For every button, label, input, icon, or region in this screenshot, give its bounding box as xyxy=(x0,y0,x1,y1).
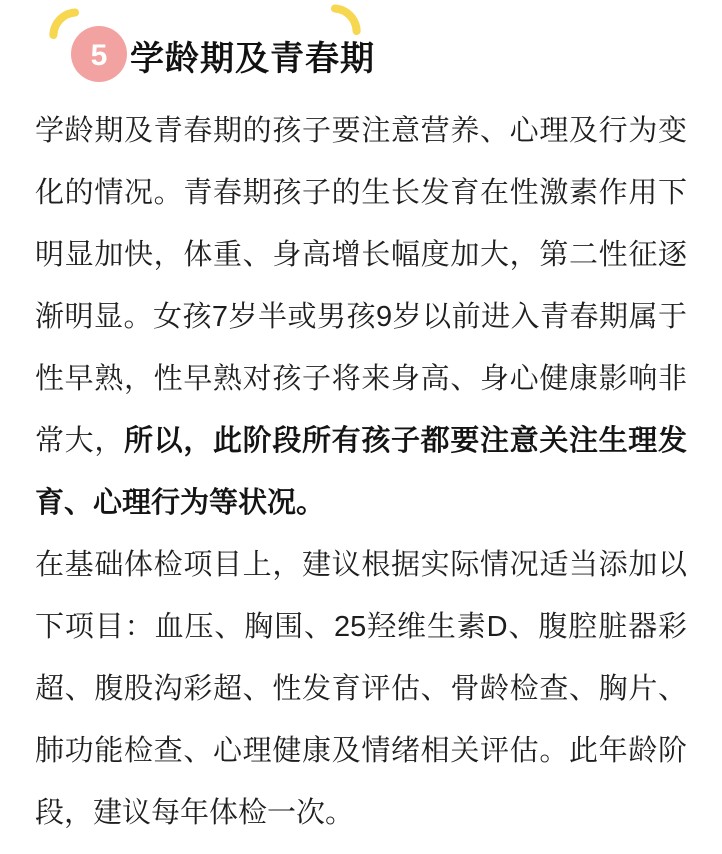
body-paragraph-2: 在基础体检项目上，建议根据实际情况适当添加以下项目：血压、胸围、25羟维生素D、… xyxy=(35,534,687,844)
section-number-badge: 5 xyxy=(71,26,127,82)
body-paragraph-1: 学龄期及青春期的孩子要注意营养、心理及行为变化的情况。青春期孩子的生长发育在性激… xyxy=(35,100,687,534)
section-header: 5 学龄期及青春期 xyxy=(0,0,722,100)
paragraph1-bold-text: 所以，此阶段所有孩子都要注意关注生理发育、心理行为等状况。 xyxy=(35,425,687,519)
paragraph1-normal-text: 学龄期及青春期的孩子要注意营养、心理及行为变化的情况。青春期孩子的生长发育在性激… xyxy=(35,115,687,457)
article-page: 5 学龄期及青春期 学龄期及青春期的孩子要注意营养、心理及行为变化的情况。青春期… xyxy=(0,0,722,854)
close-quote-accent-icon xyxy=(326,4,362,40)
article-body: 学龄期及青春期的孩子要注意营养、心理及行为变化的情况。青春期孩子的生长发育在性激… xyxy=(0,100,722,844)
section-number: 5 xyxy=(91,37,108,71)
